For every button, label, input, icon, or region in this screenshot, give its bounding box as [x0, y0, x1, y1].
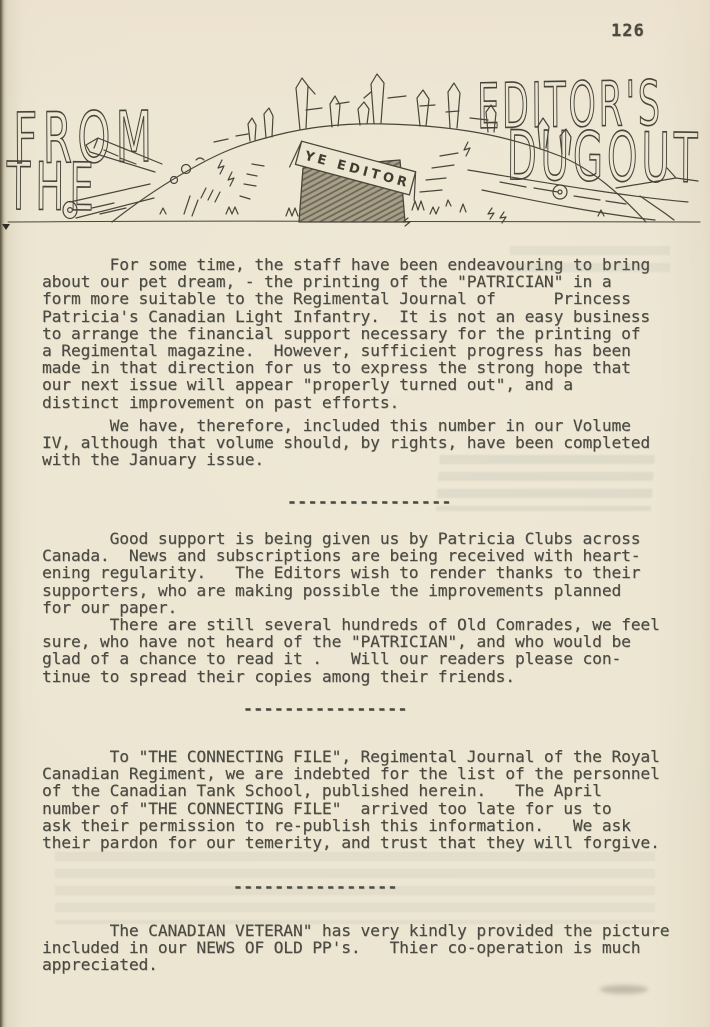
section-divider: ---------------- [243, 699, 408, 718]
body-text-line: Good support is being given us by Patric… [42, 530, 702, 547]
body-text-line: IV, although that volume should, by righ… [42, 434, 702, 451]
dugout-illustration: YE EDITOR [0, 68, 710, 230]
body-text-line: made in that direction for us to express… [42, 359, 702, 376]
body-text-line: glad of a chance to read it . Will our r… [42, 650, 702, 667]
body-text-line: for our paper. [42, 599, 702, 616]
body-text-line: tinue to spread their copies among their… [42, 668, 702, 685]
body-text-line: supporters, who are making possible the … [42, 582, 702, 599]
body-text-line: included in our NEWS OF OLD PP's. Thier … [42, 939, 702, 956]
body-text-line: The CANADIAN VETERAN" has very kindly pr… [42, 922, 702, 939]
body-text-line: We have, therefore, included this number… [42, 417, 702, 434]
paragraph-canadian-veteran: The CANADIAN VETERAN" has very kindly pr… [42, 922, 702, 974]
body-text-line: distinct improvement on past efforts. [42, 394, 702, 411]
body-text-line: our next issue will appear "properly tur… [42, 376, 702, 393]
body-text-line: form more suitable to the Regimental Jou… [42, 290, 702, 307]
paragraph-volume-iv: We have, therefore, included this number… [42, 417, 702, 469]
bleed-through-smudge [600, 985, 648, 994]
body-text-line: number of "THE CONNECTING FILE" arrived … [42, 800, 702, 817]
body-text-line: There are still several hundreds of Old … [42, 616, 702, 633]
body-text-line: To "THE CONNECTING FILE", Regimental Jou… [42, 748, 702, 765]
body-text-line: For some time, the staff have been endea… [42, 256, 702, 273]
body-text-line: Canada. News and subscriptions are being… [42, 547, 702, 564]
body-text-line: appreciated. [42, 956, 702, 973]
body-text-line: of the Canadian Tank School, published h… [42, 782, 702, 799]
body-text-line: a Regimental magazine. However, sufficie… [42, 342, 702, 359]
scanned-document-page: 126 FROM THE EDITOR'S DUGOUT [0, 0, 710, 1027]
body-text-line: their pardon for our temerity, and trust… [42, 834, 702, 851]
page-number: 126 [611, 21, 645, 41]
paragraph-connecting-file: To "THE CONNECTING FILE", Regimental Jou… [42, 748, 702, 851]
body-text-line: ening regularity. The Editors wish to re… [42, 564, 702, 581]
body-text-line: sure, who have not heard of the "PATRICI… [42, 633, 702, 650]
paragraph-patricia-clubs: Good support is being given us by Patric… [42, 530, 702, 685]
body-text-line: Canadian Regiment, we are indebted for t… [42, 765, 702, 782]
body-text-line: Patricia's Canadian Light Infantry. It i… [42, 308, 702, 325]
section-divider: ---------------- [287, 492, 452, 511]
paragraph-patrician-printing: For some time, the staff have been endea… [42, 256, 702, 411]
body-text-line: to arrange the financial support necessa… [42, 325, 702, 342]
body-text-line: with the January issue. [42, 451, 702, 468]
body-text-line: about our pet dream, - the printing of t… [42, 273, 702, 290]
section-divider: ---------------- [233, 877, 398, 896]
body-text-line: ask their permission to re-publish this … [42, 817, 702, 834]
